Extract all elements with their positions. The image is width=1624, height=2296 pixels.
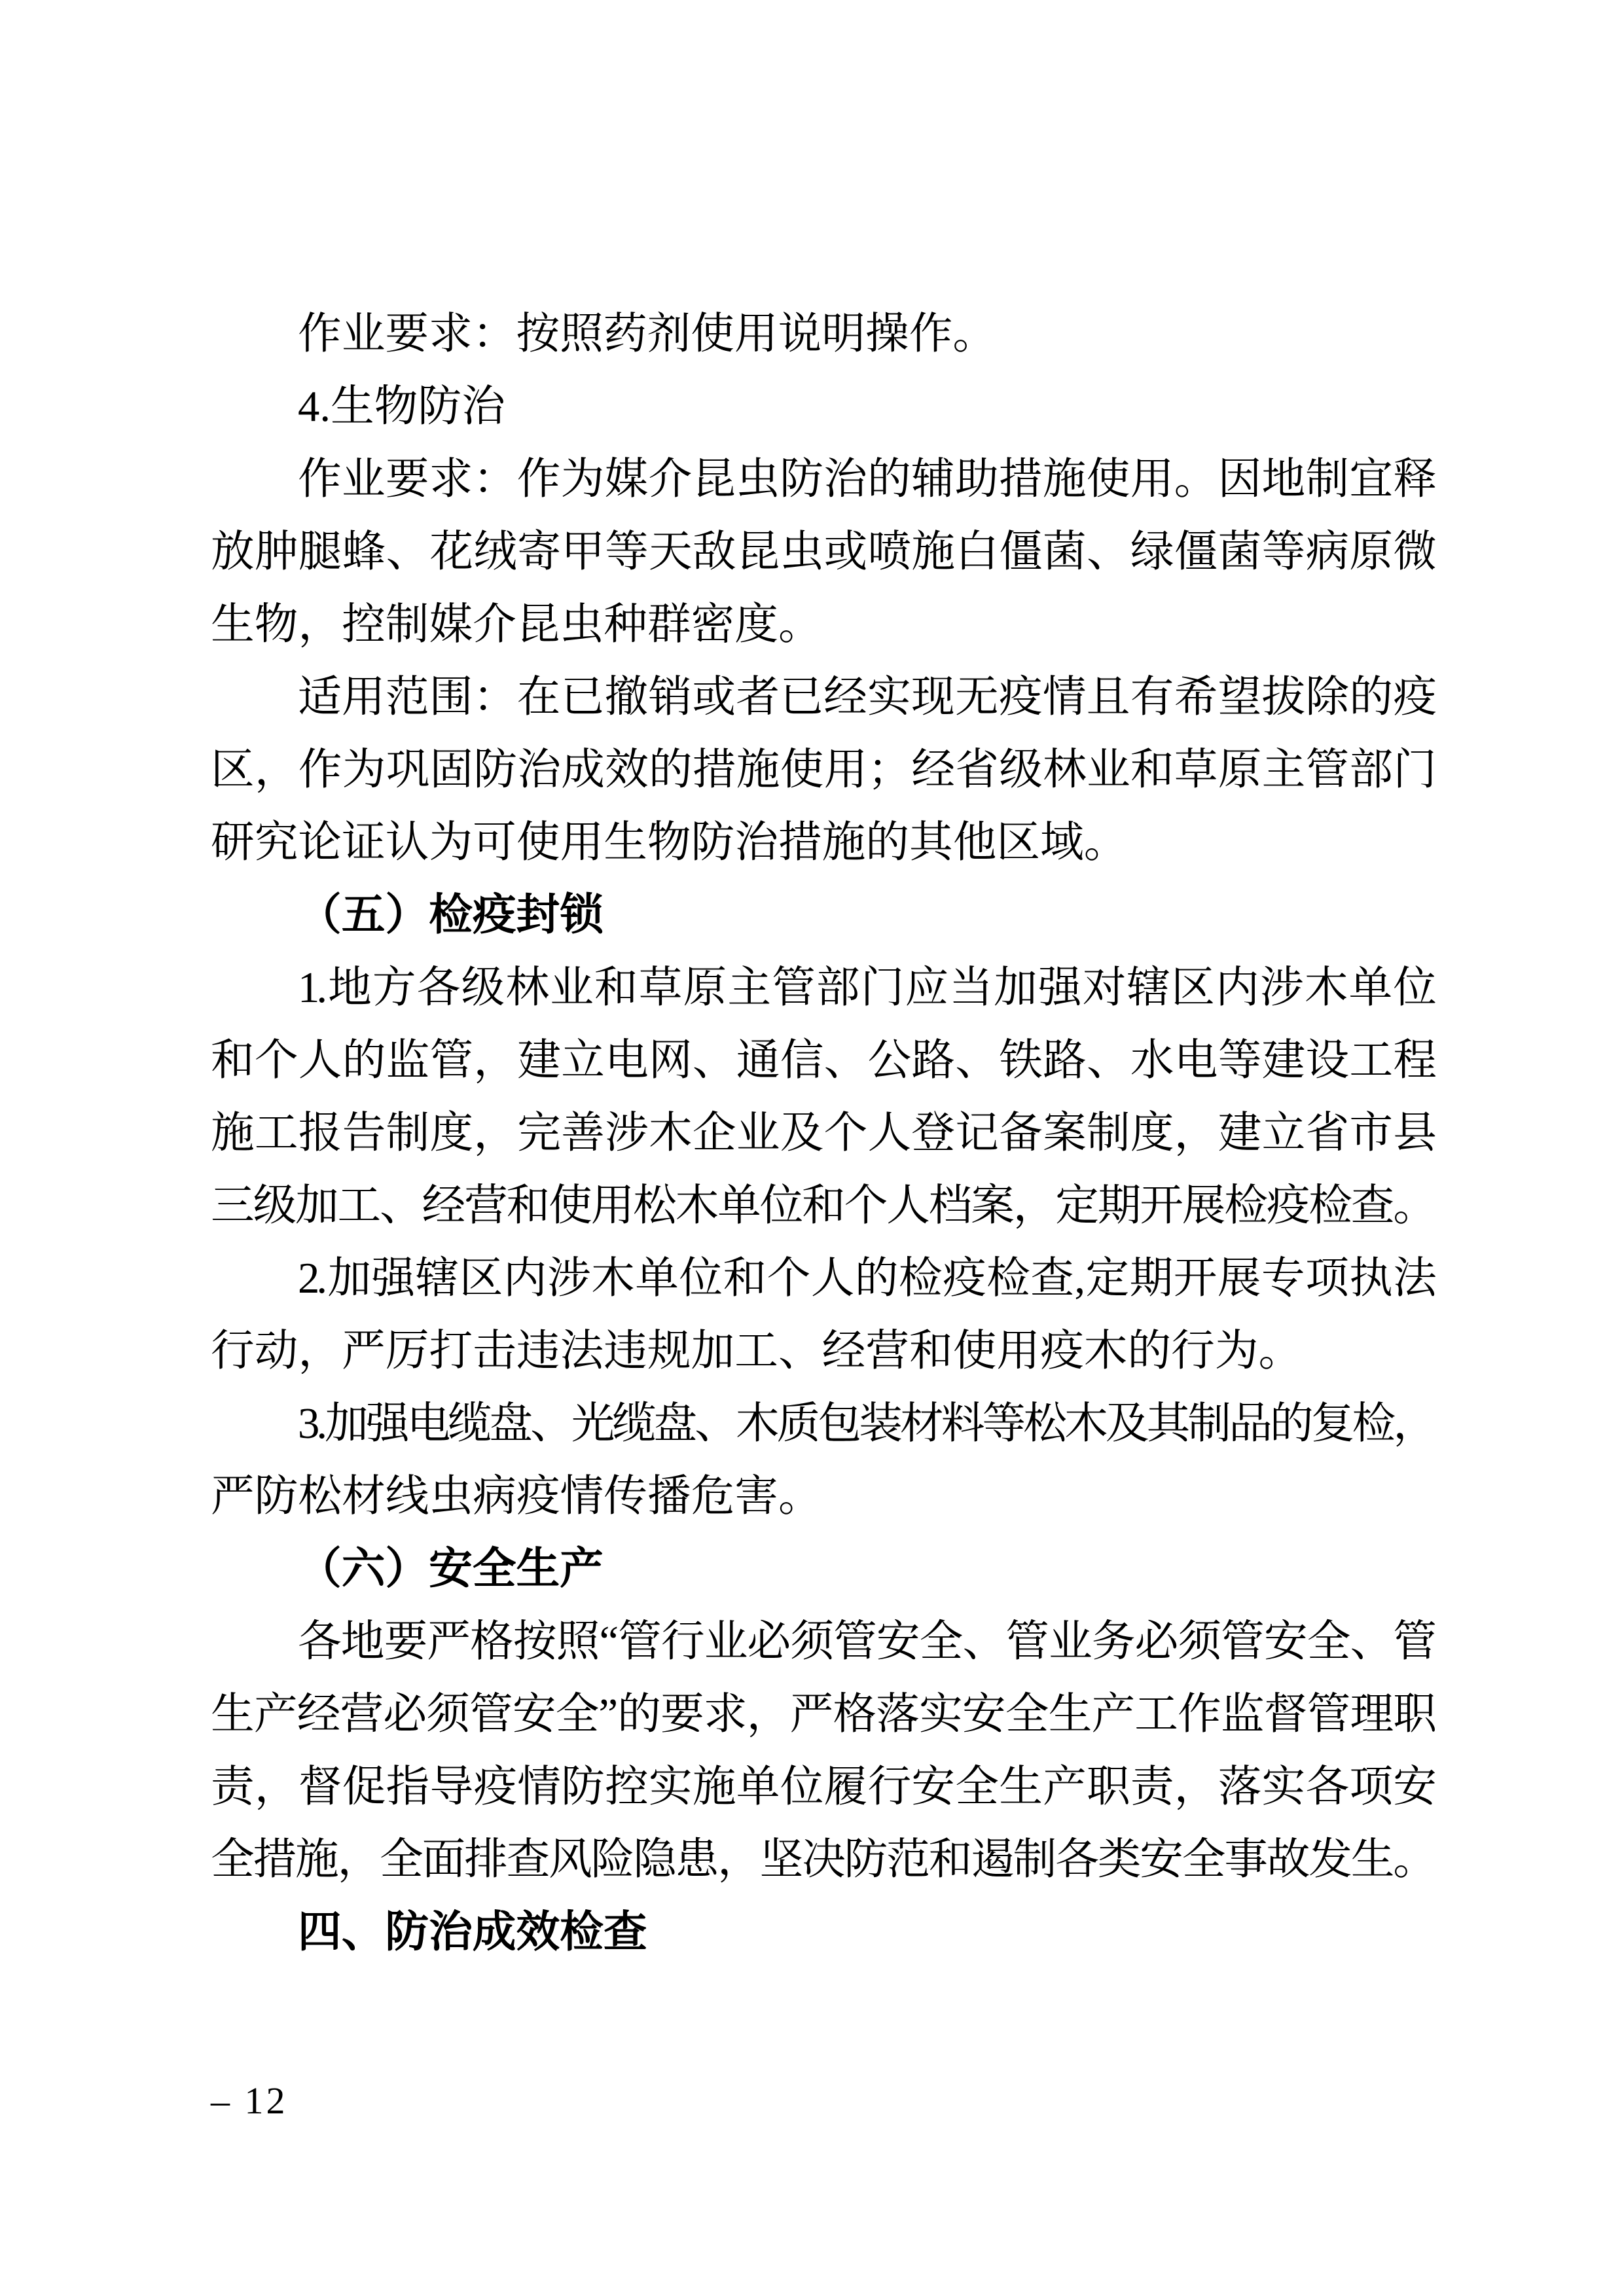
text-line: 作业要求：作为媒介昆虫防治的辅助措施使用。因地制宜释 — [211, 443, 1434, 516]
page-number: – 12 — [211, 2076, 288, 2126]
text-line: 放肿腿蜂、花绒寄甲等天敌昆虫或喷施白僵菌、绿僵菌等病原微 — [211, 516, 1434, 588]
text-line: 三级加工、经营和使用松木单位和个人档案，定期开展检疫检查。 — [211, 1170, 1434, 1242]
text-line: 作业要求：按照药剂使用说明操作。 — [211, 298, 1434, 370]
text-line: 和个人的监管，建立电网、通信、公路、铁路、水电等建设工程 — [211, 1024, 1434, 1097]
section-heading-6: （六）安全生产 — [211, 1533, 1434, 1605]
text-line: 施工报告制度，完善涉木企业及个人登记备案制度，建立省市县 — [211, 1097, 1434, 1170]
section-heading-5: （五）检疫封锁 — [211, 879, 1434, 952]
text-line: 2.加强辖区内涉木单位和个人的检疫检查,定期开展专项执法 — [211, 1242, 1434, 1315]
document-page: 作业要求：按照药剂使用说明操作。 4.生物防治 作业要求：作为媒介昆虫防治的辅助… — [0, 0, 1624, 2296]
text-line: 严防松材线虫病疫情传播危害。 — [211, 1460, 1434, 1533]
text-line: 生产经营必须管安全”的要求，严格落实安全生产工作监督管理职 — [211, 1678, 1434, 1751]
text-line: 责，督促指导疫情防控实施单位履行安全生产职责，落实各项安 — [211, 1751, 1434, 1823]
list-item-heading: 4.生物防治 — [211, 370, 1434, 443]
text-line: 全措施，全面排查风险隐患，坚决防范和遏制各类安全事故发生。 — [211, 1823, 1434, 1896]
text-line: 各地要严格按照“管行业必须管安全、管业务必须管安全、管 — [211, 1605, 1434, 1678]
document-body: 作业要求：按照药剂使用说明操作。 4.生物防治 作业要求：作为媒介昆虫防治的辅助… — [211, 298, 1434, 1969]
text-line: 区，作为巩固防治成效的措施使用；经省级林业和草原主管部门 — [211, 734, 1434, 806]
section-heading-4-major: 四、防治成效检查 — [211, 1896, 1434, 1969]
text-line: 生物，控制媒介昆虫种群密度。 — [211, 588, 1434, 661]
text-line: 行动，严厉打击违法违规加工、经营和使用疫木的行为。 — [211, 1315, 1434, 1388]
text-line: 3.加强电缆盘、光缆盘、木质包装材料等松木及其制品的复检， — [211, 1388, 1434, 1460]
text-line: 适用范围：在已撤销或者已经实现无疫情且有希望拔除的疫 — [211, 661, 1434, 734]
text-line: 研究论证认为可使用生物防治措施的其他区域。 — [211, 806, 1434, 879]
text-line: 1.地方各级林业和草原主管部门应当加强对辖区内涉木单位 — [211, 952, 1434, 1024]
